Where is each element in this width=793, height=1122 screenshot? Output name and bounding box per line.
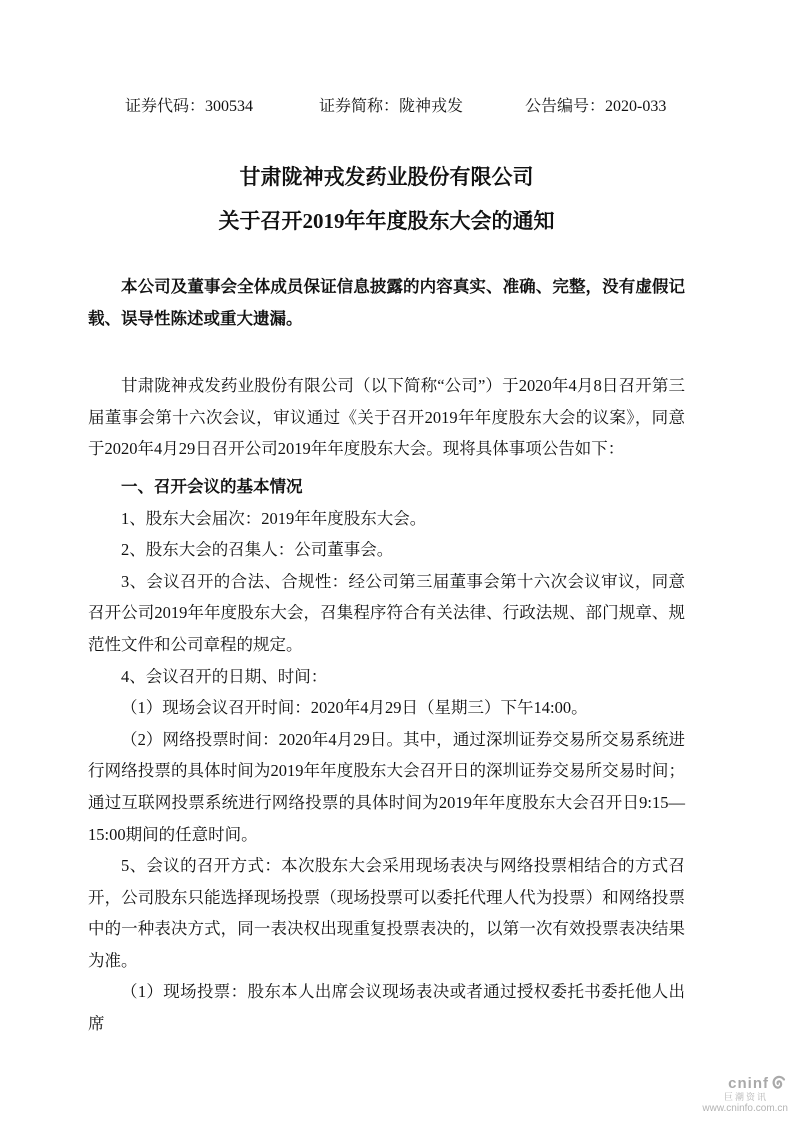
- item-meeting-session: 1、股东大会届次：2019年年度股东大会。: [88, 503, 685, 535]
- disclaimer-statement: 本公司及董事会全体成员保证信息披露的内容真实、准确、完整，没有虚假记载、误导性陈…: [88, 271, 685, 334]
- cninfo-chinese-name: 巨潮资讯: [702, 1092, 768, 1102]
- company-name-line: 甘肃陇神戎发药业股份有限公司: [88, 155, 685, 199]
- notice-title-line: 关于召开2019年年度股东大会的通知: [88, 199, 685, 243]
- item-date-time: 4、会议召开的日期、时间：: [88, 661, 685, 693]
- item-onsite-time: （1）现场会议召开时间：2020年4月29日（星期三）下午14:00。: [88, 692, 685, 724]
- document-page: 证券代码：300534 证券简称：陇神戎发 公告编号：2020-033 甘肃陇神…: [0, 0, 793, 1122]
- cninfo-swirl-icon: [770, 1074, 788, 1092]
- intro-paragraph: 甘肃陇神戎发药业股份有限公司（以下简称“公司”）于2020年4月8日召开第三届董…: [88, 370, 685, 465]
- item-convener: 2、股东大会的召集人：公司董事会。: [88, 534, 685, 566]
- cninfo-url: www.cninfo.com.cn: [702, 1103, 788, 1115]
- announcement-number-label: 公告编号：2020-033: [525, 93, 666, 116]
- document-body: 甘肃陇神戎发药业股份有限公司 关于召开2019年年度股东大会的通知 本公司及董事…: [0, 155, 793, 1040]
- section-heading-1: 一、召开会议的基本情况: [88, 471, 685, 503]
- stock-abbr-label: 证券简称：陇神戎发: [319, 93, 463, 116]
- item-legality: 3、会议召开的合法、合规性：经公司第三届董事会第十六次会议审议，同意召开公司20…: [88, 566, 685, 661]
- stock-code-label: 证券代码：300534: [125, 93, 253, 116]
- document-header: 证券代码：300534 证券简称：陇神戎发 公告编号：2020-033: [0, 93, 793, 115]
- cninfo-brand-text: cninf: [728, 1075, 769, 1092]
- item-online-vote-time: （2）网络投票时间：2020年4月29日。其中，通过深圳证券交易所交易系统进行网…: [88, 724, 685, 850]
- document-title: 甘肃陇神戎发药业股份有限公司 关于召开2019年年度股东大会的通知: [88, 155, 685, 243]
- cninfo-brand-row: cninf: [702, 1074, 788, 1092]
- item-onsite-vote: （1）现场投票：股东本人出席会议现场表决或者通过授权委托书委托他人出席: [88, 976, 685, 1039]
- cninfo-watermark: cninf 巨潮资讯 www.cninfo.com.cn: [702, 1074, 788, 1114]
- item-meeting-method: 5、会议的召开方式：本次股东大会采用现场表决与网络投票相结合的方式召开，公司股东…: [88, 850, 685, 976]
